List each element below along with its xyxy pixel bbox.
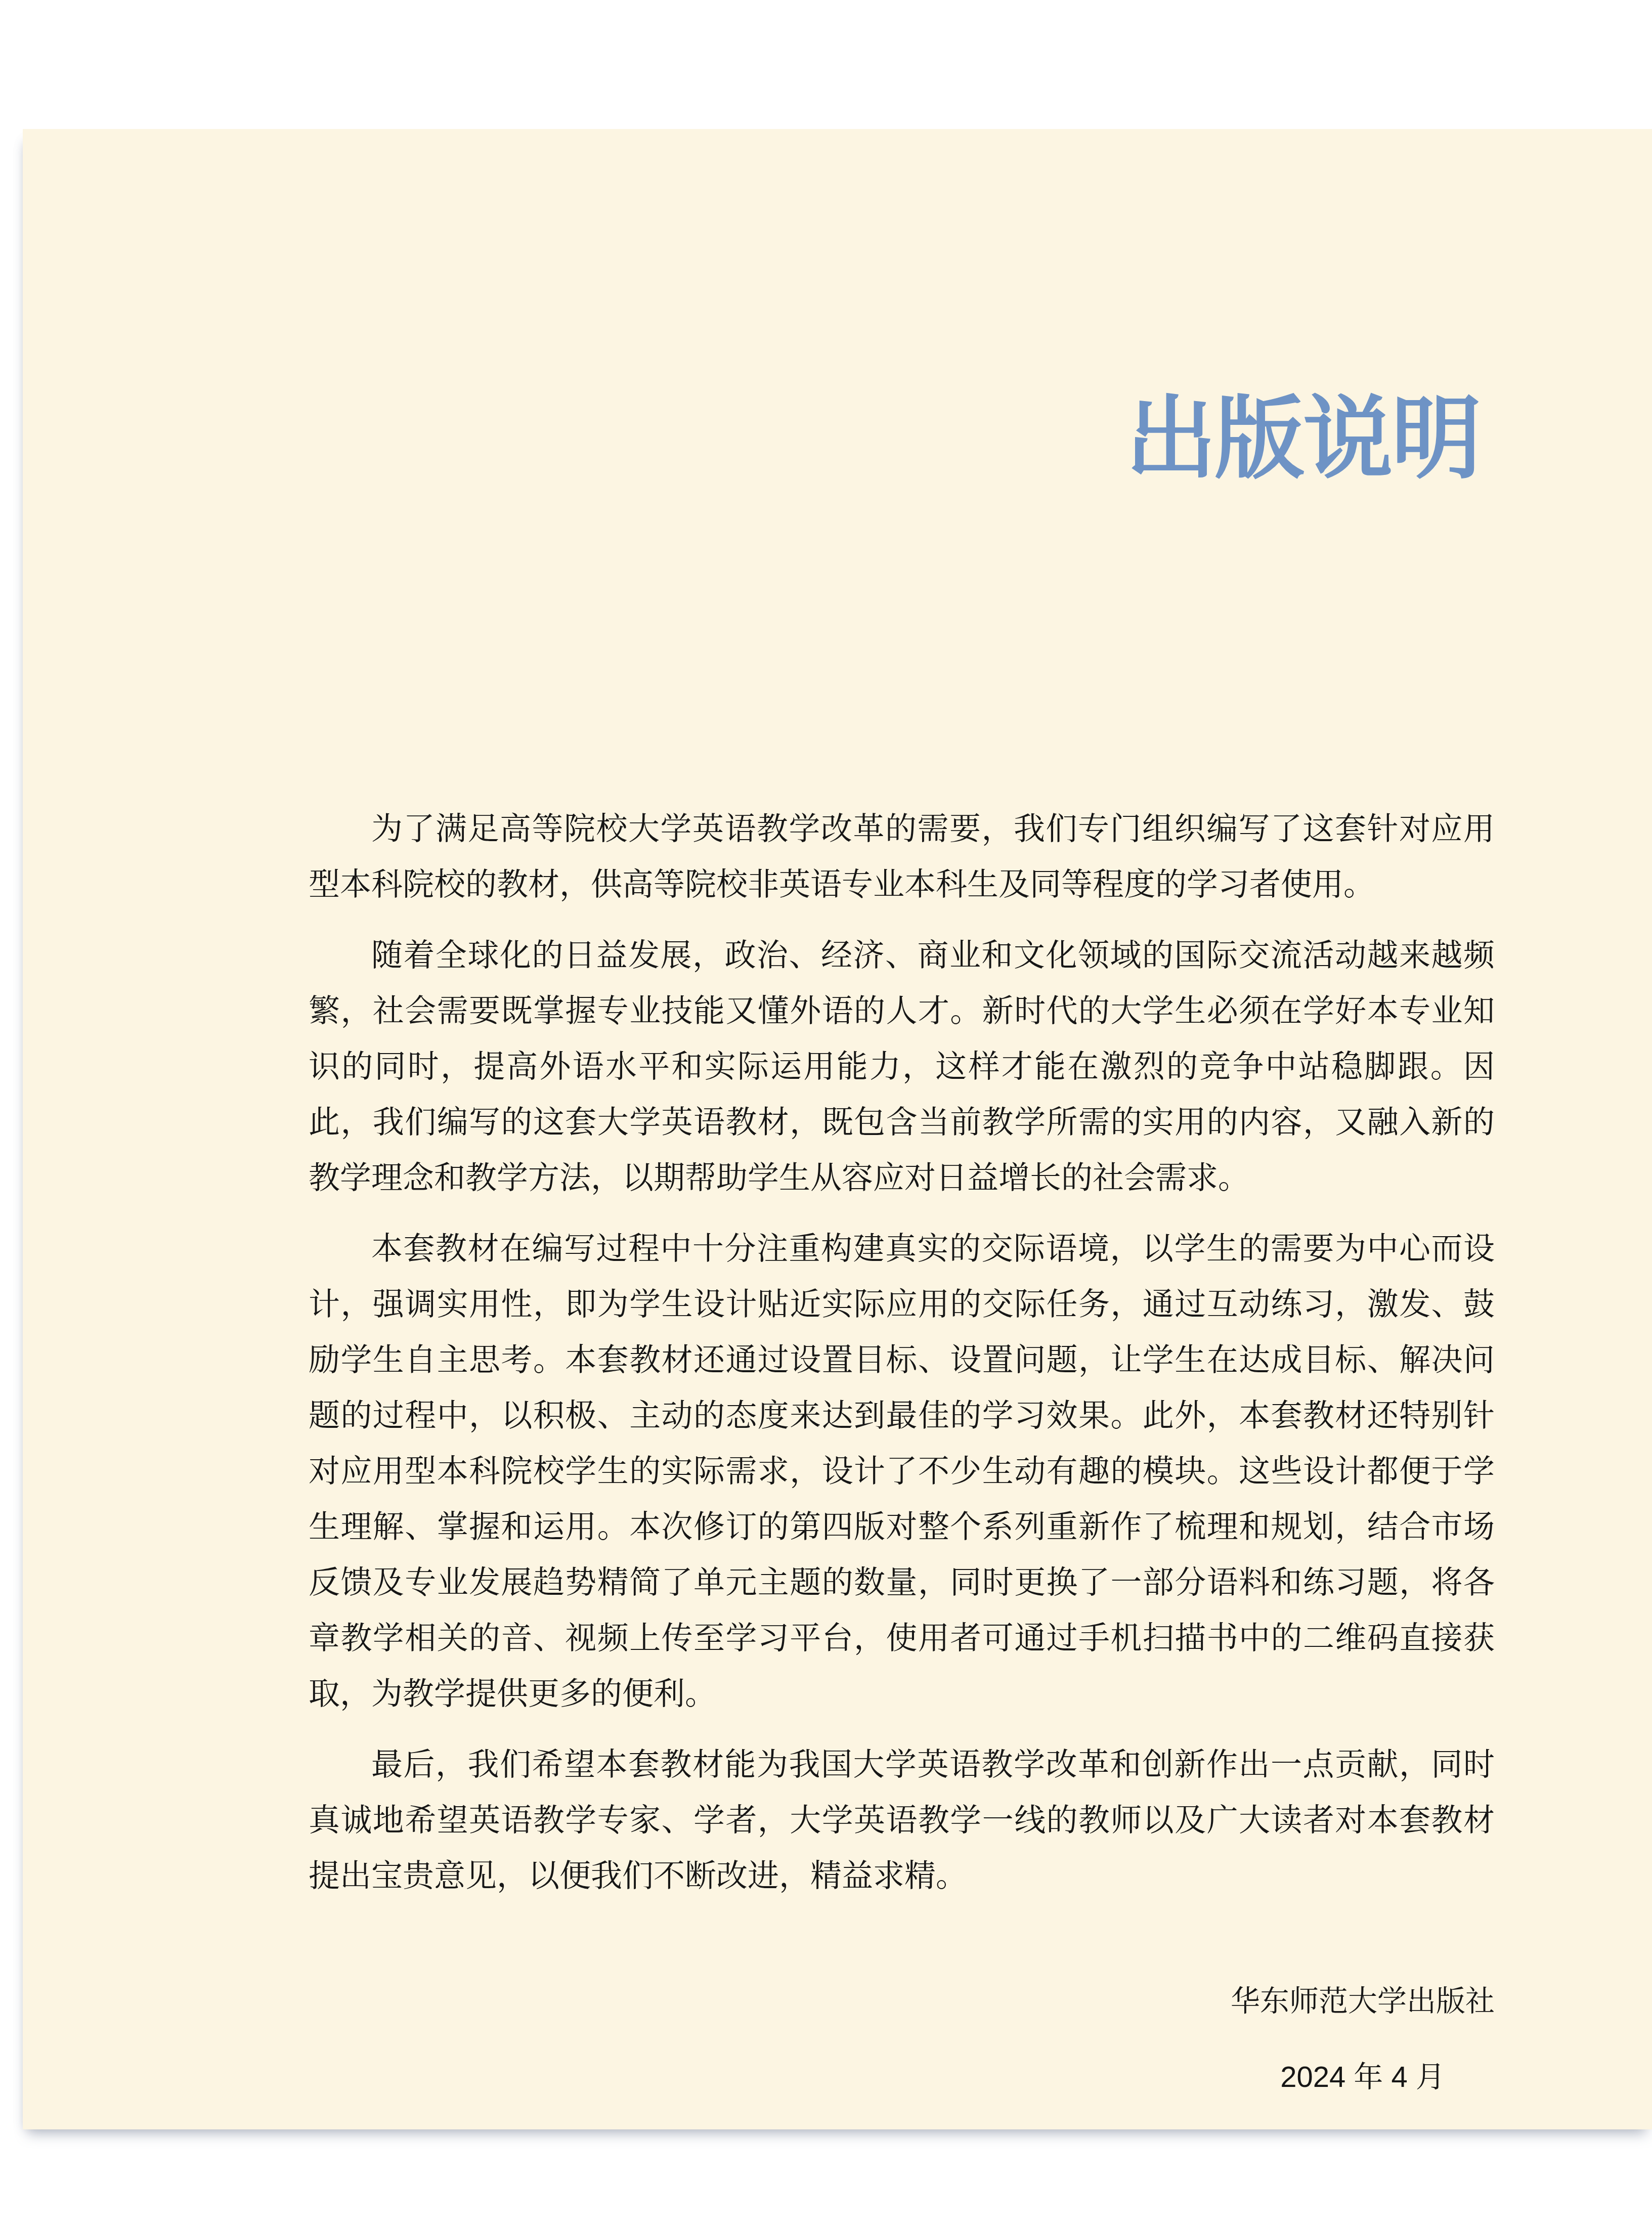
signature-block: 华东师范大学出版社 2024 年 4 月 (309, 1964, 1495, 2115)
body-text: 为了满足高等院校大学英语教学改革的需要，我们专门组织编写了这套针对应用型本科院校… (309, 802, 1495, 2115)
publish-date: 2024 年 4 月 (1231, 2039, 1495, 2115)
page-background: 出版说明 为了满足高等院校大学英语教学改革的需要，我们专门组织编写了这套针对应用… (0, 0, 1652, 2225)
signature-inner: 华东师范大学出版社 2024 年 4 月 (1231, 1964, 1495, 2115)
paragraph-design: 本套教材在编写过程中十分注重构建真实的交际语境，以学生的需要为中心而设计，强调实… (309, 1221, 1495, 1722)
book-page: { "page": { "title": "出版说明", "paragraphs… (0, 0, 1652, 2225)
content-panel: 出版说明 为了满足高等院校大学英语教学改革的需要，我们专门组织编写了这套针对应用… (23, 129, 1652, 2129)
paragraph-intro: 为了满足高等院校大学英语教学改革的需要，我们专门组织编写了这套针对应用型本科院校… (309, 802, 1495, 913)
publisher-name: 华东师范大学出版社 (1231, 1964, 1495, 2039)
paragraph-background: 随着全球化的日益发展，政治、经济、商业和文化领域的国际交流活动越来越频繁，社会需… (309, 928, 1495, 1206)
page-title: 出版说明 (1126, 394, 1480, 484)
paragraph-closing: 最后，我们希望本套教材能为我国大学英语教学改革和创新作出一点贡献，同时真诚地希望… (309, 1737, 1495, 1904)
